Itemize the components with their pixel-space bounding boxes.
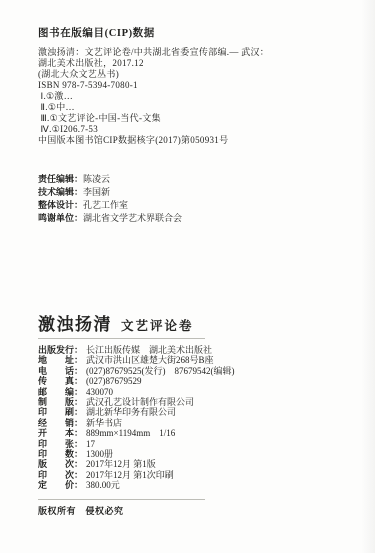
credit-label: 责任编辑：: [38, 174, 83, 184]
credit-row-design: 整体设计：孔艺工作室: [38, 199, 182, 212]
colophon-value: 武汉孔艺设计制作有限公司: [86, 397, 194, 407]
colophon-value: (027)87679529: [86, 376, 142, 386]
book-copyright-page: 图书在版编目(CIP)数据 激浊扬清：文艺评论卷/中共湖北省委宣传部编.— 武汉…: [0, 0, 375, 553]
colophon-value: (027)87679525(发行) 87679542(编辑): [86, 366, 234, 376]
colophon-label: 制 版：: [38, 397, 83, 407]
colophon-label: 开 本：: [38, 428, 83, 438]
credit-value: 李国新: [83, 187, 110, 197]
colophon-label: 出版发行：: [38, 345, 83, 355]
credit-label: 技术编辑：: [38, 187, 83, 197]
credits-block: 责任编辑：陈凌云 技术编辑：李国新 整体设计：孔艺工作室 鸣谢单位：湖北省文学艺…: [38, 173, 182, 225]
cip-line-isbn: ISBN 978-7-5394-7080-1: [38, 80, 269, 91]
colophon-row-publisher: 出版发行：长江出版传媒 湖北美术出版社: [38, 345, 235, 355]
colophon-value: 2017年12月 第1版: [86, 459, 156, 469]
credit-value: 湖北省文学艺术界联合会: [83, 213, 182, 223]
book-title: 激浊扬清: [38, 315, 112, 334]
credit-label: 整体设计：: [38, 200, 83, 210]
colophon-label: 邮 编：: [38, 387, 83, 397]
credit-label: 鸣谢单位：: [38, 213, 83, 223]
cip-line-entry-3: Ⅲ.①文艺评论-中国-当代-文集: [38, 113, 269, 124]
colophon-label: 地 址：: [38, 355, 83, 365]
cip-header: 图书在版编目(CIP)数据: [38, 25, 155, 40]
colophon-label: 印 数：: [38, 449, 83, 459]
colophon-value: 新华书店: [86, 418, 122, 428]
title-divider: [38, 338, 205, 339]
colophon-row-distribution: 经 销：新华书店: [38, 418, 235, 428]
copyright-notice: 版权所有 侵权必究: [38, 504, 124, 517]
cip-record-number: 中国版本图书馆CIP数据核字(2017)第050931号: [38, 135, 269, 146]
colophon-row-telephone: 电 话：(027)87679525(发行) 87679542(编辑): [38, 366, 235, 376]
colophon-value: 17: [86, 439, 95, 449]
colophon-row-sheets: 印 张：17: [38, 439, 235, 449]
colophon-block: 出版发行：长江出版传媒 湖北美术出版社 地 址：武汉市洪山区雄楚大街268号B座…: [38, 345, 235, 491]
colophon-row-fax: 传 真：(027)87679529: [38, 376, 235, 386]
credit-row-technical-editor: 技术编辑：李国新: [38, 186, 182, 199]
colophon-value: 380.00元: [86, 480, 120, 490]
colophon-label: 印 张：: [38, 439, 83, 449]
colophon-row-impression: 印 次：2017年12月 第1次印刷: [38, 470, 235, 480]
colophon-label: 经 销：: [38, 418, 83, 428]
cip-line-entry-1: Ⅰ.①激…: [38, 91, 269, 102]
book-subtitle: 文艺评论卷: [121, 319, 194, 333]
cip-line-title-statement: 激浊扬清：文艺评论卷/中共湖北省委宣传部编.— 武汉：: [38, 47, 269, 58]
colophon-row-price: 定 价：380.00元: [38, 480, 235, 490]
footer-divider: [38, 499, 205, 500]
colophon-value: 武汉市洪山区雄楚大街268号B座: [86, 355, 214, 365]
credit-value: 孔艺工作室: [83, 200, 128, 210]
colophon-row-edition: 版 次：2017年12月 第1版: [38, 459, 235, 469]
cip-line-series: (湖北大众文艺丛书): [38, 69, 269, 80]
colophon-label: 版 次：: [38, 459, 83, 469]
colophon-value: 湖北新华印务有限公司: [86, 407, 176, 417]
colophon-value: 长江出版传媒 湖北美术出版社: [86, 345, 212, 355]
colophon-label: 传 真：: [38, 376, 83, 386]
colophon-value: 430070: [86, 387, 113, 397]
credit-row-acknowledgement: 鸣谢单位：湖北省文学艺术界联合会: [38, 212, 182, 225]
colophon-row-print-run: 印 数：1300册: [38, 449, 235, 459]
colophon-label: 印 次：: [38, 470, 83, 480]
colophon-row-address: 地 址：武汉市洪山区雄楚大街268号B座: [38, 355, 235, 365]
cip-line-entry-4: Ⅳ.①I206.7-53: [38, 124, 269, 135]
cip-line-entry-2: Ⅱ.①中…: [38, 102, 269, 113]
cip-data-block: 激浊扬清：文艺评论卷/中共湖北省委宣传部编.— 武汉： 湖北美术出版社，2017…: [38, 47, 269, 146]
cip-line-publisher: 湖北美术出版社，2017.12: [38, 58, 269, 69]
colophon-value: 2017年12月 第1次印刷: [86, 470, 174, 480]
colophon-label: 电 话：: [38, 366, 83, 376]
colophon-row-format: 开 本：889mm×1194mm 1/16: [38, 428, 235, 438]
colophon-value: 1300册: [86, 449, 113, 459]
book-title-row: 激浊扬清文艺评论卷: [38, 310, 194, 335]
colophon-label: 印 刷：: [38, 407, 83, 417]
colophon-row-printing: 印 刷：湖北新华印务有限公司: [38, 407, 235, 417]
credit-row-executive-editor: 责任编辑：陈凌云: [38, 173, 182, 186]
colophon-value: 889mm×1194mm 1/16: [86, 428, 175, 438]
colophon-label: 定 价：: [38, 480, 83, 490]
colophon-row-postcode: 邮 编：430070: [38, 387, 235, 397]
colophon-row-plate-making: 制 版：武汉孔艺设计制作有限公司: [38, 397, 235, 407]
credit-value: 陈凌云: [83, 174, 110, 184]
